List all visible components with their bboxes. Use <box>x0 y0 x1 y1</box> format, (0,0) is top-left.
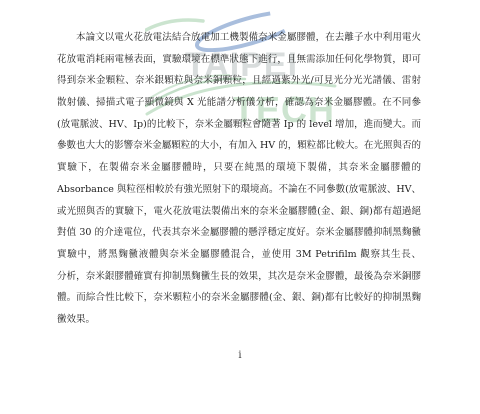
abstract-line: 花放電消耗兩電極表面，實驗環境在標準狀態下進行，且無需添加任何化學物質，即可 <box>57 49 421 71</box>
abstract-line: 黴效果。 <box>57 309 421 331</box>
abstract-line: 得到奈米金顆粒、奈米銀顆粒與奈米銅顆粒，且經過紫外光/可見光分光光譜儀、雷射光 <box>57 70 421 92</box>
abstract-line: (放電脈波、HV、Ip)的比較下，奈米金屬顆粒會隨著 Ip 的 level 增加… <box>57 114 421 136</box>
document-page: TAIPEI TECH 本論文以電火花放電法結合放電加工機製備奈米金屬膠體，在去… <box>0 0 480 414</box>
abstract-line: 實驗中，將黑麴黴液體與奈米金屬膠體混合，並使用 3M Petrifilm 觀察其… <box>57 244 421 266</box>
abstract-line: 參數也大大的影響奈米金屬顆粒的大小，有加入 HV 的，顆粒都比較大。在光照與否的 <box>57 135 421 157</box>
abstract-line: 對值 30 的介達電位，代表其奈米金屬膠體的懸浮穩定度好。奈米金屬膠體抑制黑麴黴 <box>57 222 421 244</box>
abstract-line: 散射儀、掃描式電子顯微鏡與 X 光能譜分析儀分析，確認為奈米金屬膠體。在不同參數 <box>57 92 421 114</box>
abstract-line: 實驗下，在製備奈米金屬膠體時，只要在純黑的環境下製備，其奈米金屬膠體的 <box>57 157 421 179</box>
page-number: i <box>0 350 480 361</box>
abstract-line: Absorbance 與粒徑相較於有強光照射下的環境高。不論在不同參數(放電脈波… <box>57 179 421 201</box>
abstract-paragraph: 本論文以電火花放電法結合放電加工機製備奈米金屬膠體，在去離子水中利用電火 花放電… <box>57 27 421 331</box>
abstract-line: 或光照與否的實驗下，電火花放電法製備出來的奈米金屬膠體(金、銀、銅)都有超過絕 <box>57 201 421 223</box>
abstract-line: 體。而綜合性比較下，奈米顆粒小的奈米金屬膠體(金、銀、銅)都有比較好的抑制黑麴 <box>57 287 421 309</box>
abstract-line: 本論文以電火花放電法結合放電加工機製備奈米金屬膠體，在去離子水中利用電火 <box>57 27 421 49</box>
abstract-line: 分析，奈米銀膠體確實有抑制黑麴黴生長的效果，其次是奈米金膠體，最後為奈米銅膠 <box>57 266 421 288</box>
